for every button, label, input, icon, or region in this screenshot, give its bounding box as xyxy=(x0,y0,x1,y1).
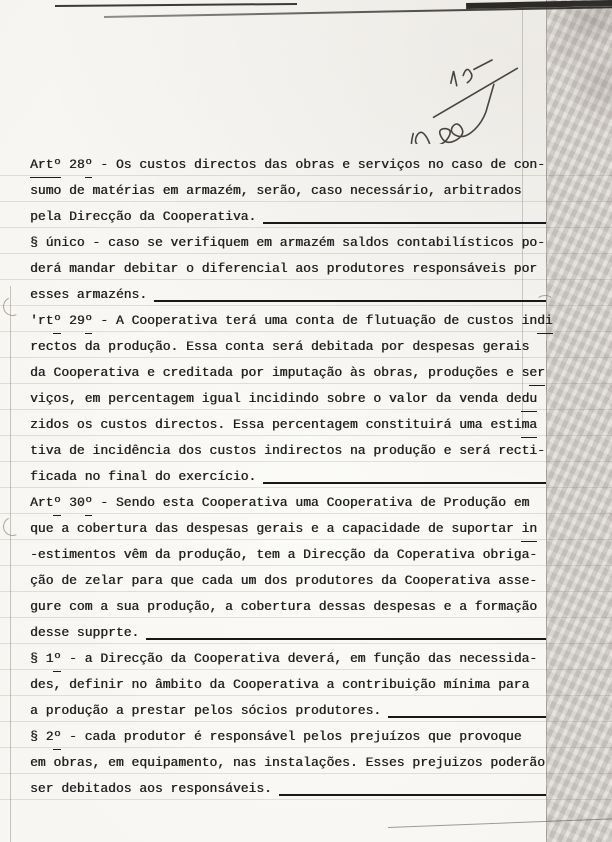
underlined-text: er xyxy=(529,360,545,386)
text-line: § 1º - a Direcção da Cooperativa deverá,… xyxy=(30,646,548,672)
underlined-text: º xyxy=(53,646,61,672)
punch-hole-mark xyxy=(0,514,24,538)
text-line: ficada no final do exercício. xyxy=(30,464,548,490)
underlined-text: º xyxy=(85,490,93,516)
text-line: zidos os custos directos. Essa percentag… xyxy=(30,412,548,438)
text-fragment: zidos os custos directos. Essa percentag… xyxy=(30,412,521,438)
underlined-text: in xyxy=(521,516,537,542)
text-fragment: § único - caso se verifiquem em armazém … xyxy=(30,230,545,256)
text-fragment: pela Direcção da Cooperativa. xyxy=(30,204,256,230)
text-line: gure com a sua produção, a cobertura des… xyxy=(30,594,548,620)
text-fragment: desse supprte. xyxy=(30,620,139,646)
text-line: Artº 30º - Sendo esta Cooperativa uma Co… xyxy=(30,490,548,516)
underlined-text: º xyxy=(85,152,93,178)
text-line: pela Direcção da Cooperativa. xyxy=(30,204,548,230)
paragraph-end-rule xyxy=(146,620,546,640)
text-fragment: esses armazéns. xyxy=(30,282,147,308)
text-line: § 2º - cada produtor é responsável pelos… xyxy=(30,724,548,750)
text-line: que a cobertura das despesas gerais e a … xyxy=(30,516,548,542)
text-fragment: ser debitados aos responsáveis. xyxy=(30,776,272,802)
text-line: da Cooperativa e creditada por imputação… xyxy=(30,360,548,386)
text-line: § único - caso se verifiquem em armazém … xyxy=(30,230,548,256)
underlined-text: º xyxy=(53,724,61,750)
text-fragment: 28 xyxy=(61,152,84,178)
text-fragment: § 2 xyxy=(30,724,53,750)
text-fragment: - a Direcção da Cooperativa deverá, em f… xyxy=(61,646,537,672)
text-fragment: -estimentos vêm da produção, tem a Direc… xyxy=(30,542,537,568)
text-line: ção de zelar para que cada um dos produt… xyxy=(30,568,548,594)
underlined-text: di xyxy=(537,308,553,334)
underlined-text: Artº xyxy=(30,152,61,178)
text-fragment: - Os custos directos das obras e serviço… xyxy=(92,152,544,178)
text-line: -estimentos vêm da produção, tem a Direc… xyxy=(30,542,548,568)
text-fragment: Art xyxy=(30,490,53,516)
text-line: Artº 28º - Os custos directos das obras … xyxy=(30,152,548,178)
underlined-text: du xyxy=(521,386,537,412)
text-fragment: - Sendo esta Cooperativa uma Cooperativa… xyxy=(92,490,529,516)
text-line: esses armazéns. xyxy=(30,282,548,308)
underlined-text: º xyxy=(53,308,61,334)
text-line: derá mandar debitar o diferencial aos pr… xyxy=(30,256,548,282)
text-fragment: em obras, em equipamento, nas instalaçõe… xyxy=(30,750,545,776)
text-line: rectos da produção. Essa conta será debi… xyxy=(30,334,548,360)
text-fragment: ficada no final do exercício. xyxy=(30,464,256,490)
scan-artifact-line xyxy=(55,3,297,7)
text-line: viços, em percentagem igual incidindo so… xyxy=(30,386,548,412)
text-line: desse supprte. xyxy=(30,620,548,646)
typewritten-text-block: Artº 28º - Os custos directos das obras … xyxy=(30,152,548,802)
paragraph-end-rule xyxy=(279,776,546,796)
text-fragment: - A Cooperativa terá uma conta de flutua… xyxy=(92,308,537,334)
text-fragment: a produção a prestar pelos sócios produt… xyxy=(30,698,381,724)
underlined-text: º xyxy=(85,308,93,334)
text-fragment: 30 xyxy=(61,490,84,516)
text-fragment: tiva de incidência dos custos indirectos… xyxy=(30,438,545,464)
text-fragment: - cada produtor é responsável pelos prej… xyxy=(61,724,521,750)
paragraph-end-rule xyxy=(154,282,546,302)
text-fragment: sumo de matérias em armazém, serão, caso… xyxy=(30,178,521,204)
text-fragment: derá mandar debitar o diferencial aos pr… xyxy=(30,256,537,282)
text-fragment: gure com a sua produção, a cobertura des… xyxy=(30,594,537,620)
underlined-text: º xyxy=(53,490,61,516)
text-fragment: § 1 xyxy=(30,646,53,672)
text-fragment: 'rt xyxy=(30,308,53,334)
text-line: 'rtº 29º - A Cooperativa terá uma conta … xyxy=(30,308,548,334)
punch-hole-mark xyxy=(0,294,24,318)
text-line: tiva de incidência dos custos indirectos… xyxy=(30,438,548,464)
text-fragment: rectos da produção. Essa conta será debi… xyxy=(30,334,529,360)
text-line: des, definir no âmbito da Cooperativa a … xyxy=(30,672,548,698)
text-fragment: 29 xyxy=(61,308,84,334)
text-line: a produção a prestar pelos sócios produt… xyxy=(30,698,548,724)
text-fragment: que a cobertura das despesas gerais e a … xyxy=(30,516,521,542)
handwritten-signature xyxy=(378,56,553,144)
paragraph-end-rule xyxy=(263,204,546,224)
text-fragment: ção de zelar para que cada um dos produt… xyxy=(30,568,537,594)
paragraph-end-rule xyxy=(388,698,546,718)
text-line: sumo de matérias em armazém, serão, caso… xyxy=(30,178,548,204)
text-fragment: da Cooperativa e creditada por imputação… xyxy=(30,360,529,386)
text-fragment: des, definir no âmbito da Cooperativa a … xyxy=(30,672,529,698)
paragraph-end-rule xyxy=(263,464,546,484)
text-line: em obras, em equipamento, nas instalaçõe… xyxy=(30,750,548,776)
text-fragment: viços, em percentagem igual incidindo so… xyxy=(30,386,521,412)
page-fold-line xyxy=(10,286,11,842)
document-page: Artº 28º - Os custos directos das obras … xyxy=(0,0,612,842)
underlined-text: ma xyxy=(521,412,537,438)
text-line: ser debitados aos responsáveis. xyxy=(30,776,548,802)
